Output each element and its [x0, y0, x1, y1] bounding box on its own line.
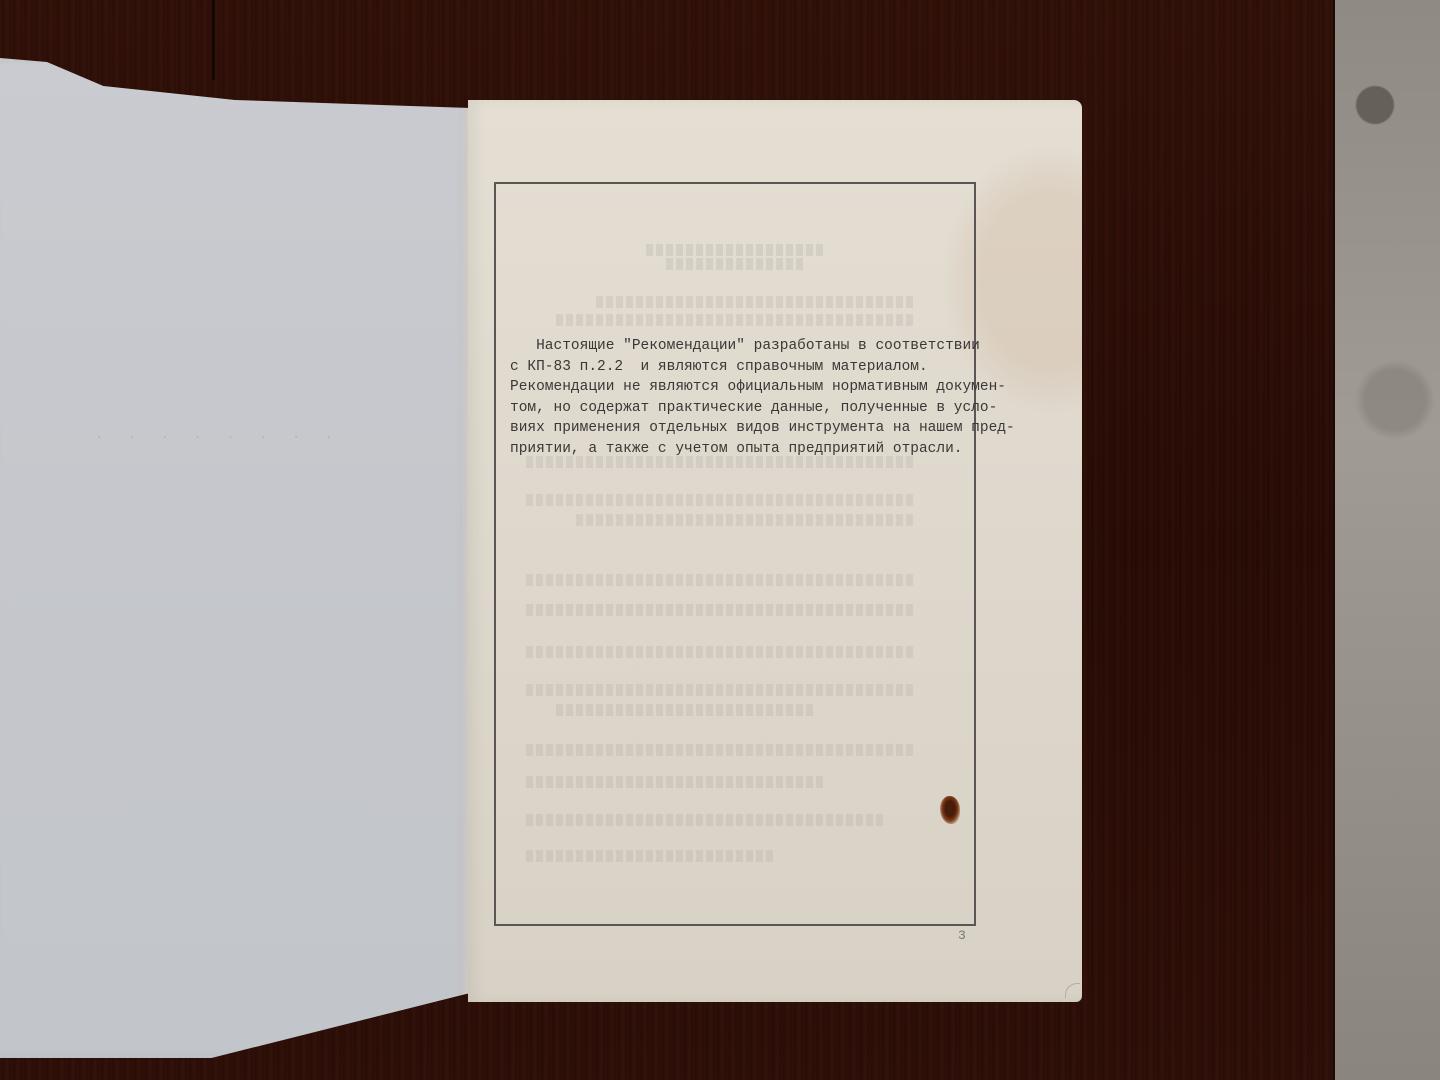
rust-stain: [940, 796, 960, 824]
paragraph-line: том, но содержат практические данные, по…: [510, 398, 980, 419]
paragraph-line: с КП-83 п.2.2 и являются справочным мате…: [510, 357, 980, 378]
page-corner-curl: [1065, 983, 1080, 998]
table-board-seam: [212, 0, 215, 80]
paragraph-line: Рекомендации не являются официальным нор…: [510, 377, 980, 398]
page-border-frame: Настоящие "Рекомендации" разработаны в с…: [494, 182, 976, 926]
photo-scene: · · · · · · · ·: [0, 0, 1440, 1080]
intro-paragraph: Настоящие "Рекомендации" разработаны в с…: [510, 336, 980, 459]
floor-concrete: [1333, 0, 1440, 1080]
paragraph-line: виях применения отдельных видов инструме…: [510, 418, 980, 439]
bleed-through-contents: [496, 184, 974, 924]
paragraph-line: приятии, а также с учетом опыта предприя…: [510, 439, 980, 460]
right-page: Настоящие "Рекомендации" разработаны в с…: [468, 100, 1082, 1002]
left-page: · · · · · · · ·: [0, 58, 470, 1058]
paragraph-line: Настоящие "Рекомендации" разработаны в с…: [510, 336, 980, 357]
bleed-through-heading: · · · · · · · ·: [95, 428, 341, 448]
page-number: 3: [958, 928, 966, 943]
